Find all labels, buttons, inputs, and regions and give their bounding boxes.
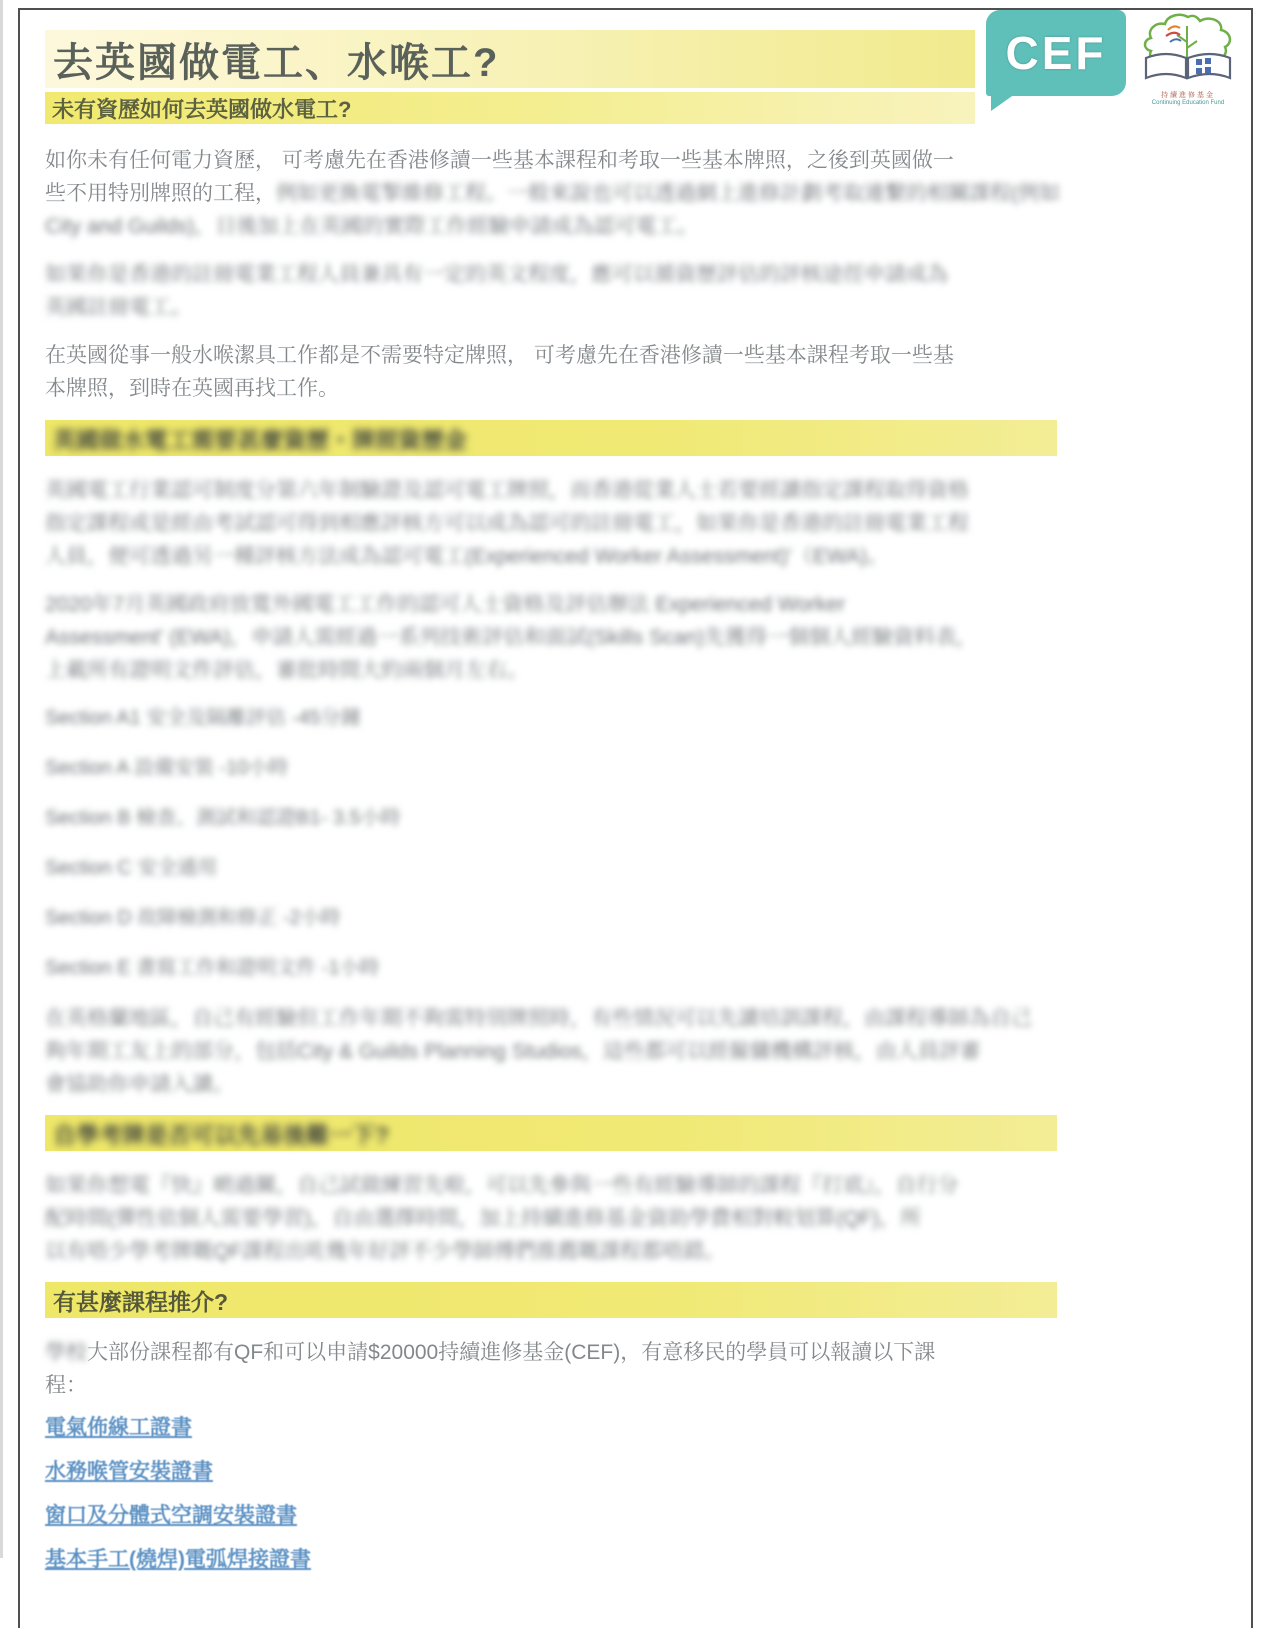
paragraph-blurred-ewa: 2020年7月英國政府放寬外國電工工作的認可人士資格及評估辦法 Experien… (45, 588, 1065, 687)
cef-logo: 持續進修基金 Continuing Education Fund (1136, 10, 1240, 106)
section-heading-selfstudy: 自學考牌是否可以先易後難一下? (45, 1115, 1057, 1151)
paragraph-cef-funding: 學校大部份課程都有QF和可以申請$20000持續進修基金(CEF)，有意移民的學… (45, 1336, 1065, 1402)
course-link-air-conditioning[interactable]: 窗口及分體式空調安裝證書 (45, 1502, 297, 1530)
section-line-e: Section E 書寫工作和證明文件 -1小時 (45, 952, 1251, 985)
blurred-text: 例如更換電掣維修工程。一般來說也可以透過網上進修計劃考取連繫的相關課程(例如 (276, 182, 1060, 205)
course-link-plumbing-pipe[interactable]: 水務喉管安裝證書 (45, 1458, 213, 1486)
logo-caption-zh: 持續進修基金 (1136, 90, 1240, 100)
section-line-d: Section D 故障檢測和修正 -2小時 (45, 902, 1251, 935)
course-link-arc-welding[interactable]: 基本手工(燒焊)電弧焊接證書 (45, 1546, 311, 1558)
section-heading-courses: 有甚麼課程推介? (45, 1282, 1057, 1318)
section-line-a1: Section A1 安全及隔離評估 -45分鐘 (45, 702, 1251, 735)
paragraph-plumbing-no-licence: 在英國從事一般水喉潔具工作都是不需要特定牌照， 可考慮先在香港修讀一些基本課程考… (45, 339, 1065, 405)
cef-badge: CEF (986, 10, 1126, 96)
section-line-c: Section C 安全通用 (45, 852, 1251, 885)
page-title-bar: 去英國做電工、水喉工? (45, 30, 975, 88)
paragraph-blurred-uk-licensing: 英國電工行業認可制度分第六年制驗證及認可電工牌照，而香港從業人士若要經讀指定課程… (45, 474, 1065, 573)
paragraph-blurred-selfstudy: 如果你想電『快』啲過關，自己試做練習先啦，可以先參與一些有經驗導師的課程『打底』… (45, 1169, 1065, 1268)
cef-brand: CEF 持續進修基金 Continuing Education Fund (986, 10, 1240, 106)
paragraph-intro: 如你未有任何電力資歷， 可考慮先在香港修讀一些基本課程和考取一些基本牌照，之後到… (45, 144, 1065, 243)
blurred-text: 學校 (45, 1341, 87, 1364)
blurred-heading-text: 自學考牌是否可以先易後難一下? (53, 1117, 389, 1150)
blurred-heading-text: 英國做水電工需要甚麼資歷・牌照資歷金 (53, 422, 467, 455)
section-line-b: Section B 檢查、測試和認證B1- 3.5小時 (45, 802, 1251, 835)
page-frame: 去英國做電工、水喉工? CEF 持續進修基金 Continuing Educat… (18, 8, 1253, 1558)
page-title: 去英國做電工、水喉工? (53, 31, 499, 88)
section-heading-no-qualification: 未有資歷如何去英國做水電工? (45, 92, 975, 124)
cef-badge-label: CEF (1006, 26, 1107, 80)
paragraph-blurred-planning-studies: 在英格蘭地區，自己有經驗但工作年期不夠需特別牌照時，有些情況可以先讀培訓課程，由… (45, 1002, 1065, 1101)
section-line-a: Section A 設備安裝 -10小時 (45, 752, 1251, 785)
paragraph-blurred-registered-electrician: 如果你是香港的註冊電業工程人員兼具有一定的英文程度，應可以循資歷評估的評核途徑申… (45, 258, 1065, 324)
course-link-electrical-wiring[interactable]: 電氣佈線工證書 (45, 1414, 192, 1442)
logo-caption-en: Continuing Education Fund (1136, 100, 1240, 106)
blurred-text: City and Guilds)，日後加上在英國的實際工作經驗申請成為認可電工。 (45, 215, 698, 238)
tree-book-logo-icon (1138, 12, 1238, 84)
section-heading-uk-requirements: 英國做水電工需要甚麼資歷・牌照資歷金 (45, 420, 1057, 456)
